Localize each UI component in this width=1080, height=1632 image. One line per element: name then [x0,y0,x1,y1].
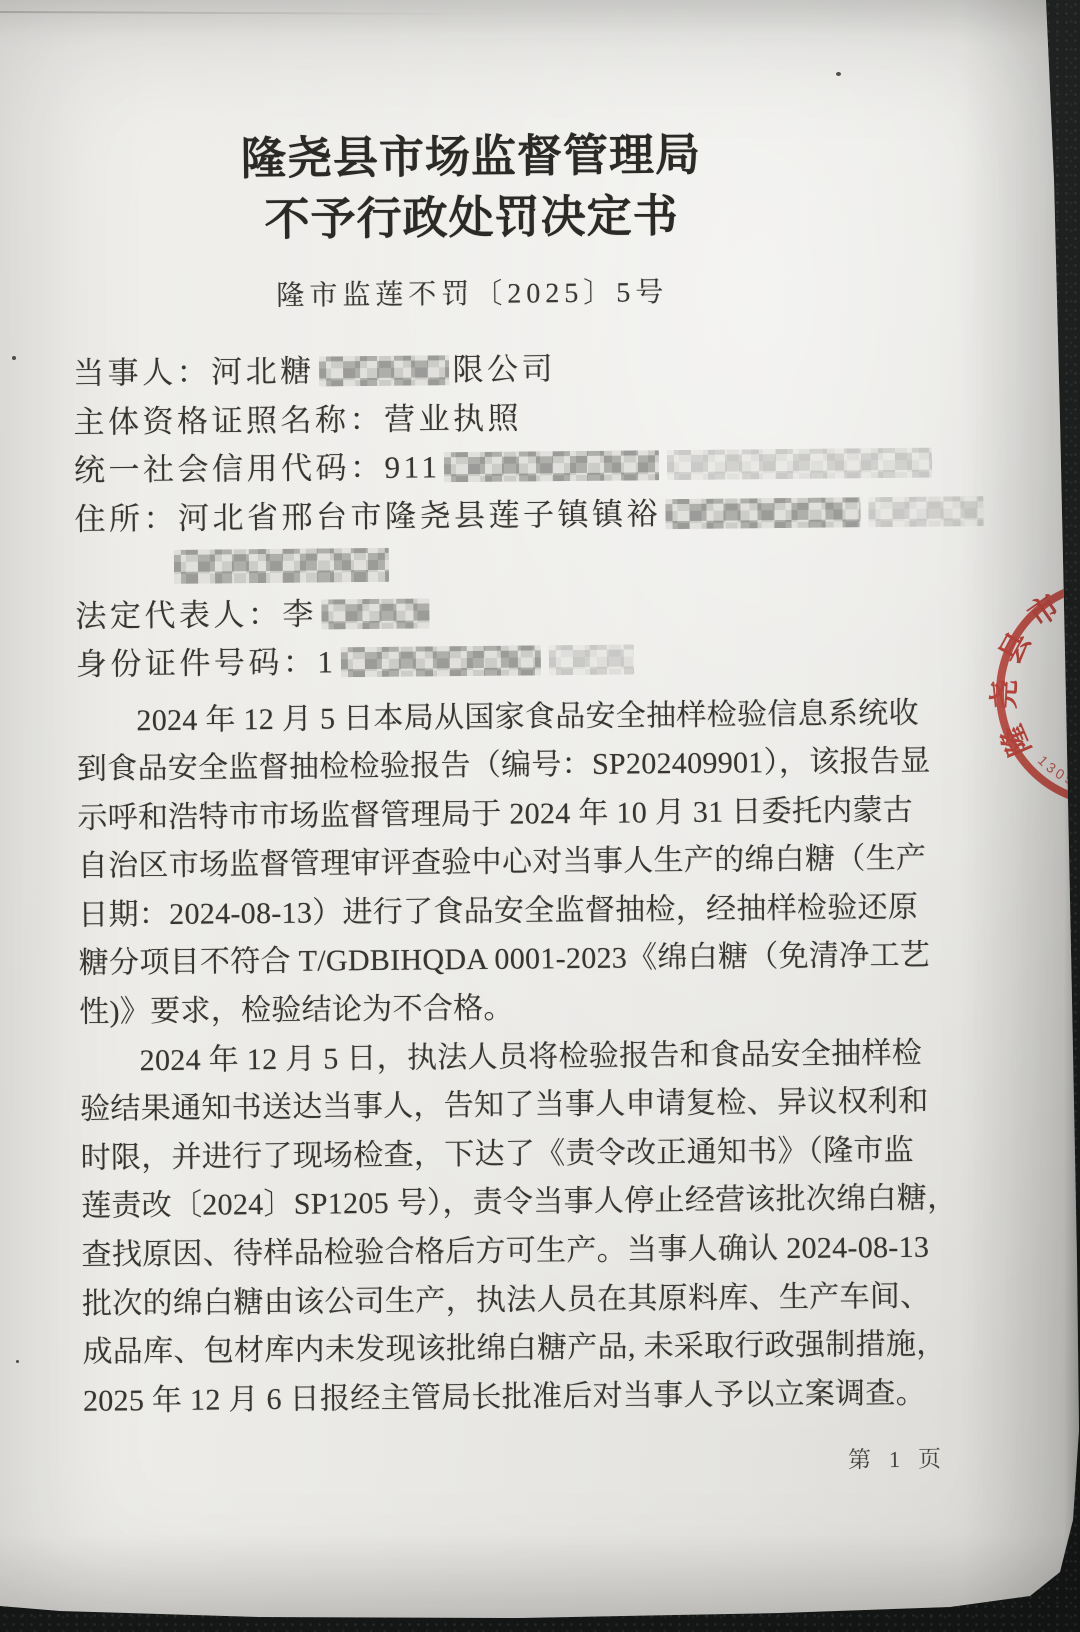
line-text: 验结果通知书送达当事人，告知了当事人申请复检、异议权利和 [80,1085,929,1126]
body-line: 到食品安全监督抽检检验报告（编号：SP202409901），该报告显 [77,738,952,795]
line-text: 到食品安全监督抽检检验报告（编号：SP202409901），该报告显 [77,745,931,786]
body-line: 2024 年 12 月 5 日，执法人员将检验报告和食品安全抽样检 [79,1029,954,1086]
line-text: 限公司 [452,351,556,387]
line-spacer [75,576,170,578]
line-text: 自治区市场监督管理审评查验中心对当事人生产的绵白糖（生产 [78,842,927,883]
dust-speck [16,1360,19,1363]
paper-sheet: 隆尧县市场监督管理局 不予行政处罚决定书 隆市监莲不罚〔2025〕5号 当事人：… [0,0,1080,1632]
official-stamp: 隆尧县市场监督管理局 1305 [970,553,1080,833]
line-text: 批次的绵白糖由该公司生产，执法人员在其原料库、生产车间、 [82,1279,931,1320]
redacted-block [665,497,860,529]
line-text: 2024 年 12 月 5 日，执法人员将检验报告和食品安全抽样检 [140,1036,923,1077]
document-body: 2024 年 12 月 5 日本局从国家食品安全抽样检验信息系统收到食品安全监督… [1,689,958,1427]
line-text: 统一社会信用代码：911 [74,449,441,488]
party-info-line: 当事人：河北糖限公司 [73,341,948,398]
line-text: 日期：2024-08-13）进行了食品安全监督抽检，经抽样检验还原 [78,891,918,932]
body-line: 时限，并进行了现场检查，下达了《责令改正通知书》（隆市监 [80,1126,955,1183]
body-line: 日期：2024-08-13）进行了食品安全监督抽检，经抽样检验还原 [78,883,953,940]
redacted-block [868,496,983,527]
line-text: 2024 年 12 月 5 日本局从国家食品安全抽样检验信息系统收 [136,696,919,737]
document-title-line1: 隆尧县市场监督管理局 [0,121,946,191]
line-text: 法定代表人：李 [75,596,317,633]
body-line: 验结果通知书送达当事人，告知了当事人申请复检、异议权利和 [80,1078,955,1135]
redacted-block [174,548,389,584]
dust-speck [836,72,841,76]
body-line: 性)》要求，检验结论为不合格。 [79,980,954,1037]
body-line: 查找原因、待样品检验合格后方可生产。当事人确认 2024-08-13 [81,1223,956,1280]
redacted-block [321,598,429,629]
body-line: 莲责改〔2024〕SP1205 号），责令当事人停止经营该批次绵白糖， [81,1175,956,1232]
stamp-arc-text: 隆尧县市场监督管理局 [988,570,1080,773]
redacted-block [548,644,633,675]
line-text: 糖分项目不符合 T/GDBIHQDA 0001-2023《绵白糖（免清净工艺 [79,939,931,980]
page-number: 第 1 页 [848,1441,947,1475]
line-text: 莲责改〔2024〕SP1205 号），责令当事人停止经营该批次绵白糖， [81,1182,958,1223]
body-line: 2025 年 12 月 6 日报经主管局长批准后对当事人予以立案调查。 [83,1369,958,1426]
redacted-block [340,645,540,677]
party-info-line: 主体资格证照名称：营业执照 [73,390,948,447]
document-content: 隆尧县市场监督管理局 不予行政处罚决定书 隆市监莲不罚〔2025〕5号 当事人：… [0,0,958,1427]
line-text: 主体资格证照名称：营业执照 [73,400,522,439]
party-info-line [75,535,950,592]
line-text: 身份证件号码：1 [76,644,337,681]
party-info-line: 法定代表人：李 [75,584,950,641]
body-line: 糖分项目不符合 T/GDBIHQDA 0001-2023《绵白糖（免清净工艺 [79,932,954,989]
body-line: 自治区市场监督管理审评查验中心对当事人生产的绵白糖（生产 [78,835,953,892]
line-text: 2025 年 12 月 6 日报经主管局长批准后对当事人予以立案调查。 [83,1377,926,1418]
party-info-line: 身份证件号码：1 [76,632,951,689]
line-text: 当事人：河北糖 [73,354,315,391]
party-info-line: 统一社会信用代码：911 [74,438,949,495]
line-text: 性)》要求，检验结论为不合格。 [79,992,514,1029]
line-text: 查找原因、待样品检验合格后方可生产。当事人确认 2024-08-13 [81,1231,929,1272]
party-info-section: 当事人：河北糖限公司主体资格证照名称：营业执照统一社会信用代码：911住所：河北… [0,341,951,690]
line-text: 时限，并进行了现场检查，下达了《责令改正通知书》（隆市监 [80,1134,914,1175]
dust-speck [12,356,16,360]
line-text: 住所：河北省邢台市隆尧县莲子镇镇裕 [74,496,661,537]
redacted-block [444,450,659,482]
party-info-line: 住所：河北省邢台市隆尧县莲子镇镇裕 [74,487,949,544]
body-line: 示呼和浩特市市场监督管理局于 2024 年 10 月 31 日委托内蒙古 [77,786,952,843]
body-line: 2024 年 12 月 5 日本局从国家食品安全抽样检验信息系统收 [76,689,951,746]
document-title-line2: 不予行政处罚决定书 [0,182,947,252]
document-photo: 隆尧县市场监督管理局 不予行政处罚决定书 隆市监莲不罚〔2025〕5号 当事人：… [0,0,1080,1632]
redacted-block [667,448,932,481]
document-number: 隆市监莲不罚〔2025〕5号 [0,267,948,316]
line-text: 示呼和浩特市市场监督管理局于 2024 年 10 月 31 日委托内蒙古 [77,793,913,834]
redacted-block [318,355,448,386]
body-line: 成品库、包材库内未发现该批绵白糖产品, 未采取行政强制措施， [82,1321,957,1378]
body-line: 批次的绵白糖由该公司生产，执法人员在其原料库、生产车间、 [82,1272,957,1329]
line-text: 成品库、包材库内未发现该批绵白糖产品, 未采取行政强制措施， [82,1328,946,1369]
